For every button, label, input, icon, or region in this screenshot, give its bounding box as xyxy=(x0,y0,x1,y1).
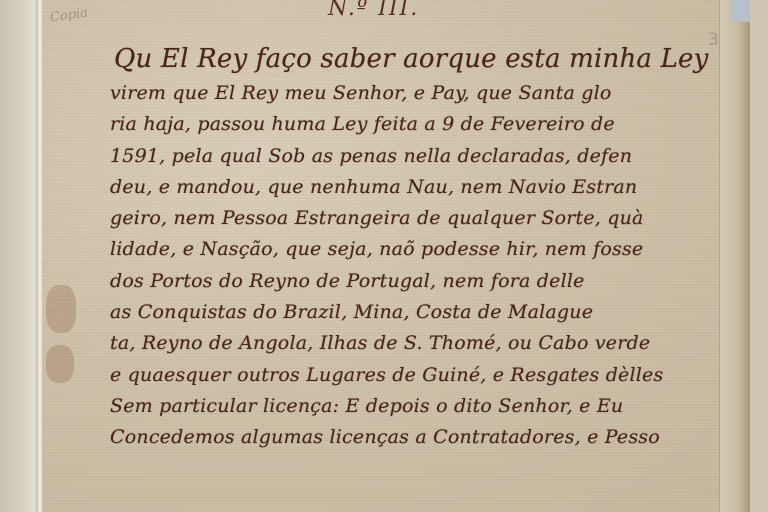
paper-stain xyxy=(46,285,76,333)
background-corner xyxy=(732,0,750,22)
document-heading: N.º III. xyxy=(328,0,419,21)
manuscript-text: Qu El Rey faço saber aorque esta minha L… xyxy=(110,40,720,454)
paper-stain xyxy=(46,345,74,383)
text-line: dos Portos do Reyno de Portugal, nem for… xyxy=(110,266,720,297)
text-line: deu, e mandou, que nenhuma Nau, nem Navi… xyxy=(110,172,720,203)
text-line: as Conquistas do Brazil, Mina, Costa de … xyxy=(110,297,720,328)
page-edge xyxy=(719,0,750,512)
text-line: e quaesquer outros Lugares de Guiné, e R… xyxy=(110,360,720,391)
text-line: ta, Reyno de Angola, Ilhas de S. Thomé, … xyxy=(110,328,720,359)
text-line: ria haja, passou huma Ley feita a 9 de F… xyxy=(110,109,720,140)
text-line: 1591, pela qual Sob as penas nella decla… xyxy=(110,141,720,172)
text-line: Concedemos algumas licenças a Contratado… xyxy=(110,422,720,453)
text-line: Qu El Rey faço saber aorque esta minha L… xyxy=(114,40,720,78)
text-line: virem que El Rey meu Senhor, e Pay, que … xyxy=(110,78,720,109)
left-facing-page xyxy=(0,0,40,512)
text-line: Sem particular licença: E depois o dito … xyxy=(110,391,720,422)
text-line: geiro, nem Pessoa Estrangeira de qualque… xyxy=(110,203,720,234)
text-line: lidade, e Nasção, que seja, naõ podesse … xyxy=(110,234,720,265)
